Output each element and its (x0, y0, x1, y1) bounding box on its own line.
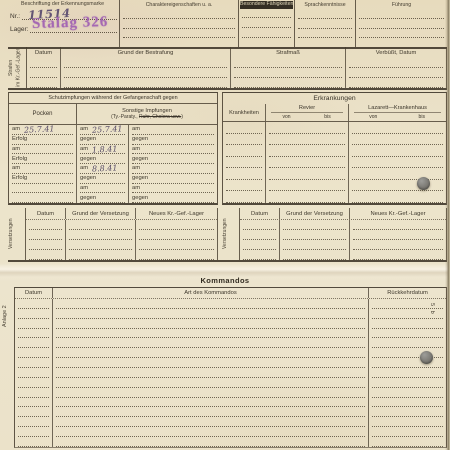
empty-cell (53, 427, 369, 437)
empty-cell (15, 329, 53, 339)
empty-row (27, 68, 446, 78)
empty-cell (349, 134, 446, 146)
printed-label: am (12, 127, 20, 133)
empty-cell (349, 145, 446, 157)
printed-label: gegen (80, 137, 96, 143)
empty-cell (61, 58, 231, 68)
empty-cell (231, 78, 346, 88)
empty-row (15, 398, 446, 408)
revier-header: Revier (271, 104, 343, 113)
empty-cell (66, 250, 136, 260)
empty-cell (346, 68, 446, 78)
anlage-vertical-text: Anlage 2 (1, 292, 13, 340)
empty-cell (61, 68, 231, 78)
vaccination-row: amam8.8.41am (9, 164, 217, 174)
empty-cell (369, 398, 446, 408)
revier-von: von (266, 113, 307, 121)
empty-cell (53, 329, 369, 339)
empty-cell (15, 348, 53, 358)
empty-row (223, 180, 446, 192)
impfungen-title: Schutzimpfungen während der Gefangenscha… (9, 93, 217, 104)
versetzungen-col-grund: Grund der Versetzung (280, 208, 350, 219)
punch-hole (420, 351, 433, 364)
empty-cell (53, 348, 369, 358)
strafen-empty-rows (27, 58, 446, 88)
printed-label: gegen (132, 196, 148, 202)
empty-cell (266, 122, 349, 134)
printed-label: gegen (132, 157, 148, 163)
vaccination-cell: am (129, 125, 217, 135)
versetzungen-table: Datum Grund der Versetzung Neues Kr.-Gef… (239, 208, 447, 260)
empty-row (223, 134, 446, 146)
empty-cell (27, 68, 61, 78)
erkrankungen-table: Erkrankungen Krankheiten Revier von bis … (222, 92, 447, 205)
dotted-line (242, 17, 291, 18)
empty-cell (240, 230, 280, 240)
printed-label: am (132, 127, 140, 133)
erkrankungen-col-krankheiten: Krankheiten (223, 104, 266, 121)
empty-cell (369, 427, 446, 437)
empty-row (15, 368, 446, 378)
vaccination-cell: am25.7.41 (77, 125, 129, 135)
empty-cell (350, 220, 446, 230)
empty-cell (61, 78, 231, 88)
empty-row (240, 240, 446, 250)
strafen-header-row: Datum Grund der Bestrafung Strafmaß Verb… (27, 47, 446, 58)
section-identity-and-traits: Beschriftung der Erkennungsmarke Nr.: 11… (8, 0, 447, 49)
empty-cell (240, 240, 280, 250)
lazarett-bis: bis (398, 113, 447, 121)
kommandos-header-row: Datum Art des Kommandos Rückkehrdatum (15, 288, 446, 299)
kommandos-title: Kommandos (0, 276, 450, 285)
strafen-col-datum: Datum (27, 47, 61, 58)
versetzungen-col-datum: Datum (26, 208, 66, 219)
vaccination-row: Erfolggegengegen (9, 135, 217, 145)
empty-cell (15, 368, 53, 378)
erkrankungen-col-lazarett: Lazarett—Krankenhaus von bis (349, 104, 446, 121)
printed-label: am (80, 147, 88, 153)
sonstige-struck-text: Ruhr, Cholera usw. (139, 114, 181, 120)
handwritten-date: 1.8.41 (92, 145, 118, 154)
kommandos-col-datum: Datum (15, 288, 53, 298)
impfungen-col-pocken: Pocken (9, 104, 77, 124)
versetzungen-col-neues-lager: Neues Kr.-Gef.-Lager (350, 208, 446, 219)
erkrankungen-empty-rows (223, 122, 446, 203)
kommandos-col-art: Art des Kommandos (53, 288, 369, 298)
empty-row (223, 168, 446, 180)
vaccination-row: gegengegen (9, 193, 217, 203)
empty-cell (53, 378, 369, 388)
empty-row (15, 319, 446, 329)
impfungen-table: Schutzimpfungen während der Gefangenscha… (8, 92, 218, 205)
empty-cell (15, 417, 53, 427)
lager-stamp: Stalag 326 (32, 14, 109, 33)
lazarett-header: Lazarett—Krankenhaus (354, 104, 441, 113)
empty-cell (350, 240, 446, 250)
empty-cell (53, 417, 369, 427)
empty-cell (369, 407, 446, 417)
empty-cell (346, 78, 446, 88)
empty-cell (53, 437, 369, 447)
empty-cell (15, 378, 53, 388)
empty-row (15, 378, 446, 388)
vaccination-cell (9, 193, 77, 203)
empty-row (240, 220, 446, 230)
revier-bis: bis (307, 113, 348, 121)
printed-label: Erfolg (12, 137, 27, 143)
empty-row (15, 427, 446, 437)
empty-cell (53, 319, 369, 329)
empty-cell (223, 157, 266, 169)
vaccination-row: amam1.8.41am (9, 145, 217, 155)
empty-cell (136, 220, 217, 230)
vaccination-cell: Erfolg (9, 174, 77, 184)
dotted-line (242, 37, 291, 38)
handwritten-date: 25.7.41 (24, 125, 55, 135)
printed-label: am (132, 147, 140, 153)
empty-cell (349, 180, 446, 192)
lager-label: Lager: (8, 26, 30, 33)
faehigkeiten-write-lines (239, 9, 294, 48)
empty-cell (349, 168, 446, 180)
dotted-line (123, 18, 235, 19)
empty-cell (53, 338, 369, 348)
empty-cell (280, 240, 350, 250)
empty-cell (240, 220, 280, 230)
empty-cell (369, 388, 446, 398)
empty-cell (15, 398, 53, 408)
empty-row (240, 250, 446, 260)
empty-cell (27, 58, 61, 68)
vaccination-row: amam (9, 184, 217, 194)
strafen-col-grund: Grund der Bestrafung (61, 47, 231, 58)
empty-cell (223, 168, 266, 180)
empty-cell (53, 358, 369, 368)
printed-label: am (12, 147, 20, 153)
column-charaktereigenschaften: Charaktereigenschaften u. a. (120, 0, 239, 47)
empty-cell (15, 319, 53, 329)
dotted-line (123, 37, 235, 38)
versetzungen-col-grund: Grund der Versetzung (66, 208, 136, 219)
vaccination-cell: gegen (129, 154, 217, 164)
empty-row (15, 338, 446, 348)
empty-cell (369, 319, 446, 329)
kommandos-empty-rows (15, 299, 446, 447)
empty-row (26, 250, 217, 260)
versetzungen-col-datum: Datum (240, 208, 280, 219)
vaccination-cell: am (129, 184, 217, 194)
handwritten-date: 25.7.41 (92, 125, 123, 135)
printed-label: am (132, 166, 140, 172)
empty-row (26, 220, 217, 230)
vaccination-cell: gegen (129, 193, 217, 203)
versetzungen-right: Versetzungen Datum Grund der Versetzung … (222, 208, 447, 260)
empty-cell (15, 309, 53, 319)
empty-cell (136, 230, 217, 240)
printed-label: am (132, 186, 140, 192)
sprachen-write-lines (295, 10, 355, 48)
empty-cell (349, 191, 446, 203)
empty-cell (346, 58, 446, 68)
empty-cell (369, 417, 446, 427)
empty-cell (223, 134, 266, 146)
vaccination-cell: am1.8.41 (77, 145, 129, 155)
empty-cell (223, 191, 266, 203)
strafen-col-strafmass: Strafmaß (231, 47, 346, 58)
fuehrung-write-lines (356, 10, 447, 48)
vaccination-cell: am (129, 164, 217, 174)
section-strafen: Strafen im Kr.-Gef.-Lager Datum Grund de… (8, 47, 447, 90)
printed-label: gegen (80, 196, 96, 202)
versetzungen-empty-rows (26, 220, 217, 260)
empty-cell (266, 180, 349, 192)
sonstige-line1: Sonstige Impfungen (122, 108, 172, 115)
empty-cell (266, 157, 349, 169)
fuehrung-header: Führung (356, 0, 447, 10)
section-impfungen-erkrankungen: Schutzimpfungen während der Gefangenscha… (8, 92, 447, 205)
empty-row (15, 407, 446, 417)
empty-cell (240, 250, 280, 260)
vaccination-row: Erfolggegengegen (9, 174, 217, 184)
column-fuehrung: Führung (356, 0, 447, 47)
vaccination-cell: gegen (77, 154, 129, 164)
printed-label: Erfolg (12, 176, 27, 182)
sonstige-suffix: ) (181, 114, 183, 120)
empty-cell (53, 309, 369, 319)
strafen-table: Datum Grund der Bestrafung Strafmaß Verb… (26, 47, 447, 88)
versetzungen-table: Datum Grund der Versetzung Neues Kr.-Gef… (25, 208, 218, 260)
empty-cell (15, 388, 53, 398)
erkrankungen-header-row: Krankheiten Revier von bis Lazarett—Kran… (223, 104, 446, 122)
printed-label: Erfolg (12, 157, 27, 163)
printed-label: am (80, 186, 88, 192)
versetzungen-label: Versetzungen (8, 208, 16, 260)
empty-cell (15, 407, 53, 417)
printed-label: gegen (132, 176, 148, 182)
dotted-line (298, 37, 352, 38)
strafen-vertical-text: Strafen im Kr.-Gef.-Lager (8, 47, 26, 88)
form-code: 5 b (429, 303, 435, 315)
empty-cell (223, 145, 266, 157)
erkrankungen-title: Erkrankungen (223, 93, 446, 104)
empty-row (223, 191, 446, 203)
empty-cell (266, 191, 349, 203)
printed-label: am (80, 127, 88, 133)
empty-row (15, 329, 446, 339)
empty-cell (66, 240, 136, 250)
empty-cell (369, 437, 446, 447)
empty-cell (280, 250, 350, 260)
section-versetzungen: Versetzungen Datum Grund der Versetzung … (8, 208, 447, 262)
vaccination-cell: am (77, 184, 129, 194)
vaccination-cell: am25.7.41 (9, 125, 77, 135)
versetzungen-side-label: Versetzungen (8, 208, 25, 260)
vaccination-cell: gegen (77, 193, 129, 203)
vaccination-cell: am8.8.41 (77, 164, 129, 174)
charakter-write-lines (120, 10, 238, 48)
empty-cell (26, 240, 66, 250)
dotted-line (298, 18, 352, 19)
empty-row (223, 157, 446, 169)
impfungen-rows: am25.7.41am25.7.41amErfolggegengegenamam… (9, 125, 217, 203)
empty-cell (26, 230, 66, 240)
vaccination-cell: gegen (129, 174, 217, 184)
empty-cell (369, 348, 446, 358)
lazarett-von: von (349, 113, 398, 121)
empty-cell (53, 368, 369, 378)
empty-row (15, 417, 446, 427)
empty-row (15, 348, 446, 358)
printed-label: gegen (132, 137, 148, 143)
impfungen-header-row: Pocken Sonstige Impfungen (Ty.-Paraty., … (9, 104, 217, 125)
dotted-line (359, 18, 444, 19)
printed-label: gegen (80, 157, 96, 163)
empty-cell (349, 157, 446, 169)
empty-cell (53, 407, 369, 417)
dotted-line (359, 37, 444, 38)
empty-cell (280, 220, 350, 230)
empty-cell (66, 220, 136, 230)
erkrankungen-col-revier: Revier von bis (266, 104, 349, 121)
empty-cell (369, 329, 446, 339)
printed-label: gegen (80, 176, 96, 182)
identity-tag-block: Beschriftung der Erkennungsmarke Nr.: 11… (8, 0, 120, 47)
lazarett-subheader: von bis (349, 113, 446, 121)
empty-cell (369, 378, 446, 388)
strafen-label-line2: im Kr.-Gef.-Lager (16, 47, 24, 88)
empty-row (27, 78, 446, 88)
empty-cell (280, 230, 350, 240)
versetzungen-vertical-text: Versetzungen (8, 208, 25, 260)
empty-cell (266, 145, 349, 157)
vaccination-cell: am (9, 145, 77, 155)
empty-cell (53, 299, 369, 309)
vaccination-cell: gegen (77, 174, 129, 184)
empty-cell (66, 230, 136, 240)
strafen-side-label: Strafen im Kr.-Gef.-Lager (8, 47, 26, 88)
vaccination-cell: Erfolg (9, 135, 77, 145)
empty-row (15, 388, 446, 398)
dotted-line (123, 28, 235, 29)
sonstige-line2: (Ty.-Paraty., Ruhr, Cholera usw.) (111, 114, 183, 120)
versetzungen-header-row: Datum Grund der Versetzung Neues Kr.-Gef… (240, 208, 446, 220)
empty-cell (369, 368, 446, 378)
vaccination-cell: Erfolg (9, 154, 77, 164)
empty-cell (15, 358, 53, 368)
versetzungen-left: Versetzungen Datum Grund der Versetzung … (8, 208, 218, 260)
empty-row (26, 230, 217, 240)
strafen-col-verbuesst: Verbüßt, Datum (346, 47, 446, 58)
versetzungen-vertical-text: Versetzungen (222, 208, 239, 260)
empty-cell (369, 338, 446, 348)
empty-cell (369, 358, 446, 368)
anlage-label: Anlage 2 (1, 292, 9, 340)
empty-cell (15, 299, 53, 309)
empty-row (15, 299, 446, 309)
vaccination-cell: am (9, 164, 77, 174)
empty-cell (231, 58, 346, 68)
anlage-side-label: Anlage 2 (1, 292, 13, 340)
empty-row (26, 240, 217, 250)
empty-cell (26, 250, 66, 260)
versetzungen-side-label: Versetzungen (222, 208, 239, 260)
vaccination-cell: gegen (77, 135, 129, 145)
empty-cell (15, 338, 53, 348)
handwritten-date: 8.8.41 (92, 165, 118, 174)
printed-label: am (12, 166, 20, 172)
dotted-line (242, 27, 291, 28)
empty-cell (136, 250, 217, 260)
empty-row (15, 309, 446, 319)
faehigkeiten-header: Besondere Fähigkeiten (240, 1, 293, 9)
vaccination-row: am25.7.41am25.7.41am (9, 125, 217, 135)
empty-cell (223, 122, 266, 134)
vaccination-cell: gegen (129, 135, 217, 145)
strafen-label-line1: Strafen (8, 47, 16, 88)
empty-row (223, 145, 446, 157)
column-sprachkenntnisse: Sprachkenntnisse (295, 0, 356, 47)
vaccination-cell (9, 184, 77, 194)
empty-cell (223, 180, 266, 192)
punch-hole (417, 177, 430, 190)
empty-row (240, 230, 446, 240)
impfungen-col-sonstige: Sonstige Impfungen (Ty.-Paraty., Ruhr, C… (77, 104, 217, 124)
empty-row (223, 122, 446, 134)
empty-cell (349, 122, 446, 134)
sprachen-header: Sprachkenntnisse (295, 0, 355, 10)
kommandos-table: Datum Art des Kommandos Rückkehrdatum (14, 287, 447, 448)
empty-cell (26, 220, 66, 230)
empty-cell (15, 427, 53, 437)
pow-record-card: Beschriftung der Erkennungsmarke Nr.: 11… (0, 0, 450, 450)
empty-cell (136, 240, 217, 250)
dotted-line (298, 28, 352, 29)
vaccination-cell: am (129, 145, 217, 155)
empty-row (15, 437, 446, 447)
column-besondere-faehigkeiten: Besondere Fähigkeiten (239, 0, 295, 47)
versetzungen-header-row: Datum Grund der Versetzung Neues Kr.-Gef… (26, 208, 217, 220)
dotted-line (359, 28, 444, 29)
empty-cell (15, 437, 53, 447)
empty-cell (53, 388, 369, 398)
empty-row (15, 358, 446, 368)
charakter-header: Charaktereigenschaften u. a. (120, 0, 238, 10)
empty-row (27, 58, 446, 68)
empty-cell (266, 168, 349, 180)
kommandos-col-rueckkehr: Rückkehrdatum (369, 288, 446, 298)
revier-subheader: von bis (266, 113, 348, 121)
empty-cell (27, 78, 61, 88)
printed-label: am (80, 166, 88, 172)
versetzungen-label: Versetzungen (222, 208, 230, 260)
empty-cell (53, 398, 369, 408)
empty-cell (231, 68, 346, 78)
versetzungen-col-neues-lager: Neues Kr.-Gef.-Lager (136, 208, 217, 219)
empty-cell (266, 134, 349, 146)
sonstige-prefix: (Ty.-Paraty., (111, 114, 139, 120)
empty-cell (350, 250, 446, 260)
empty-cell (350, 230, 446, 240)
versetzungen-empty-rows (240, 220, 446, 260)
nr-label: Nr.: (8, 13, 22, 20)
